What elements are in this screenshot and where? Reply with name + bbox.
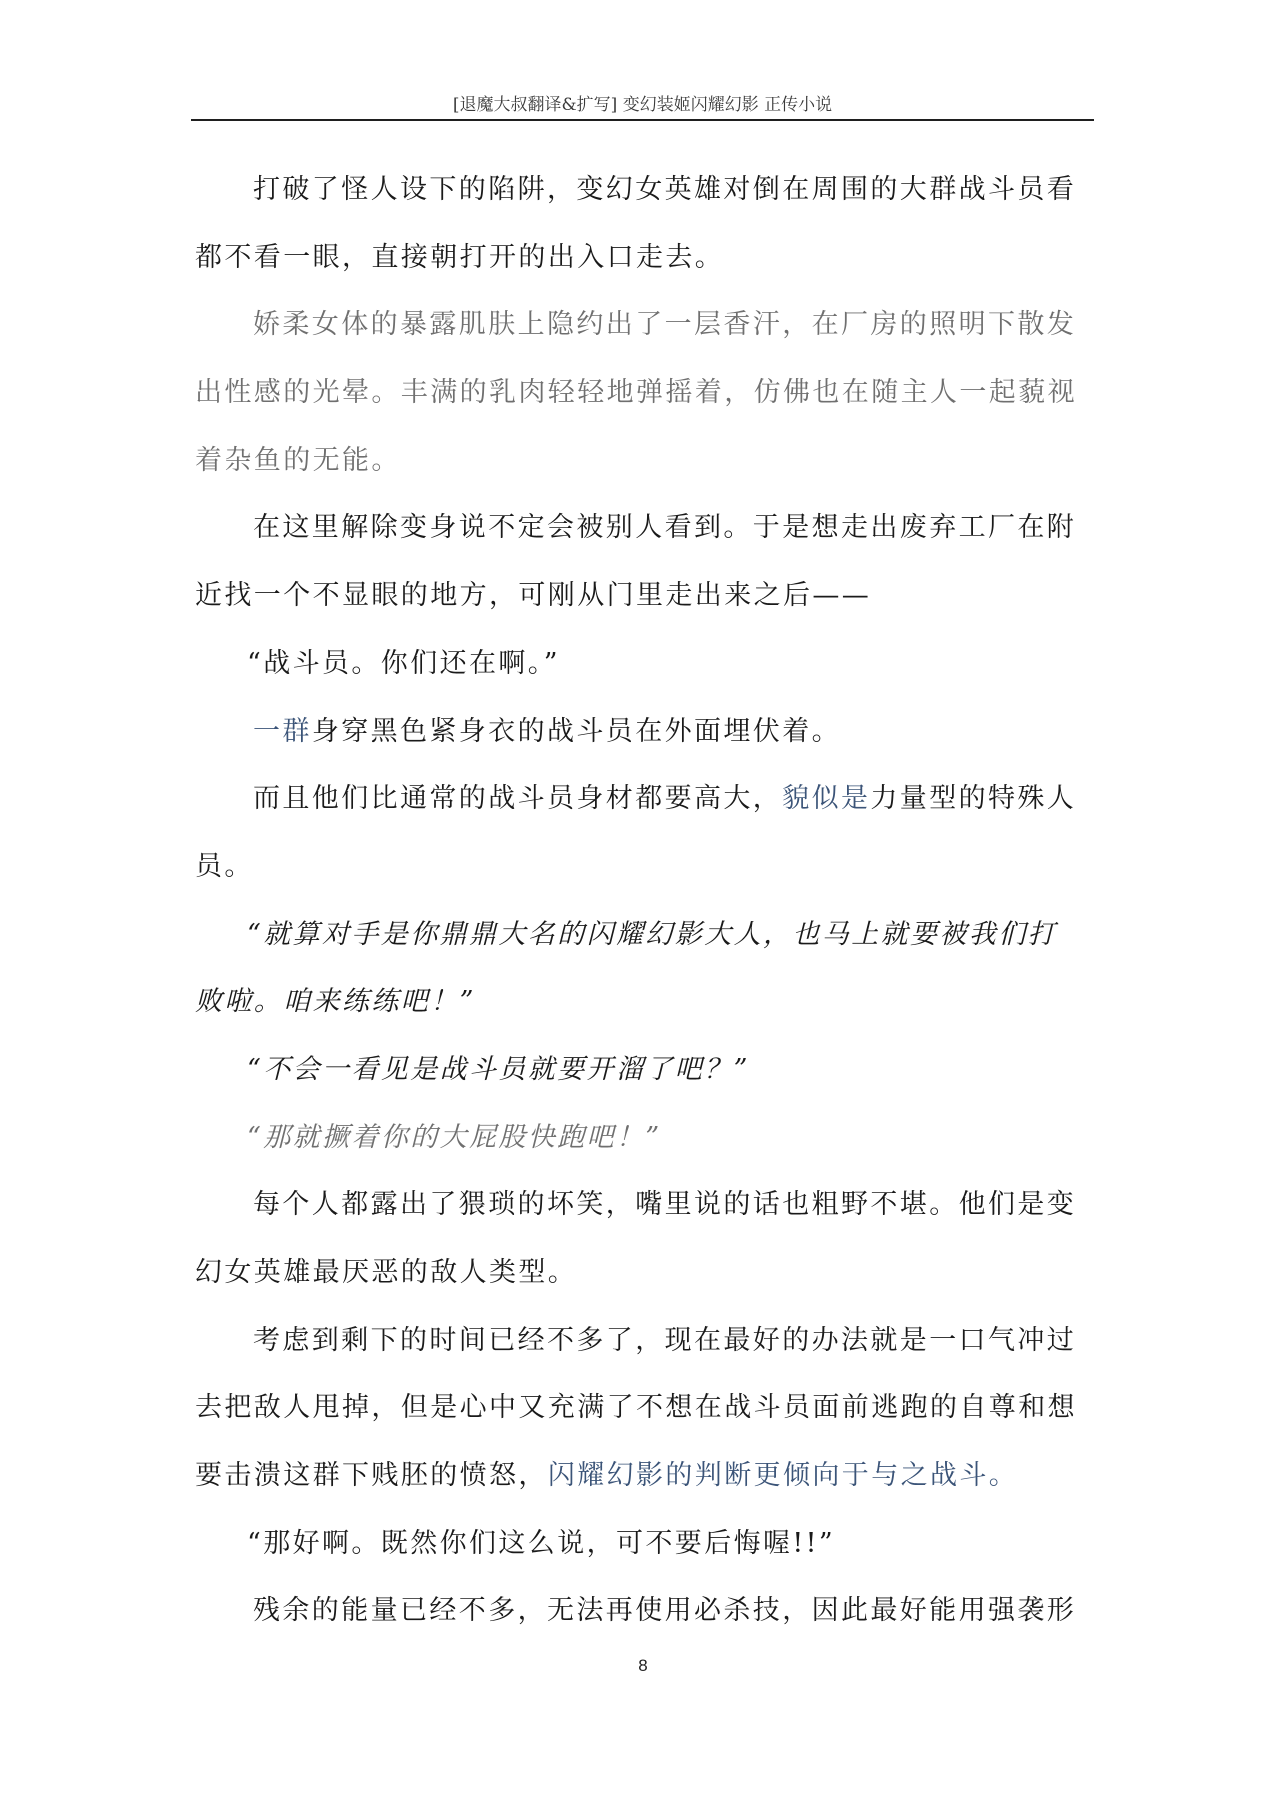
text-segment: “就算对手是你鼎鼎大名的闪耀幻影大人，也马上就要被我们打 bbox=[247, 919, 1057, 950]
text-line: 近找一个不显眼的地方，可刚从门里走出来之后—— bbox=[195, 574, 1100, 642]
text-segment: 力量型的特殊人 bbox=[870, 783, 1076, 814]
text-line: 娇柔女体的暴露肌肤上隐约出了一层香汗，在厂房的照明下散发 bbox=[195, 303, 1100, 371]
paragraph: “那好啊。既然你们这么说，可不要后悔喔!!” bbox=[195, 1522, 1100, 1590]
text-line: 员。 bbox=[195, 845, 1100, 913]
text-line: “战斗员。你们还在啊。” bbox=[195, 642, 1100, 710]
paragraph: 在这里解除变身说不定会被别人看到。于是想走出废弃工厂在附近找一个不显眼的地方，可… bbox=[195, 506, 1100, 641]
paragraph: “就算对手是你鼎鼎大名的闪耀幻影大人，也马上就要被我们打败啦。咱来练练吧！” bbox=[195, 913, 1100, 1048]
text-line: 要击溃这群下贱胚的愤怒，闪耀幻影的判断更倾向于与之战斗。 bbox=[195, 1454, 1100, 1522]
text-line: 着杂鱼的无能。 bbox=[195, 439, 1100, 507]
paragraph: “战斗员。你们还在啊。” bbox=[195, 642, 1100, 710]
text-line: “那好啊。既然你们这么说，可不要后悔喔!!” bbox=[195, 1522, 1100, 1590]
text-line: “那就撅着你的大屁股快跑吧！” bbox=[195, 1116, 1100, 1184]
text-segment: 一群 bbox=[253, 716, 312, 747]
paragraph: 而且他们比通常的战斗员身材都要高大，貌似是力量型的特殊人员。 bbox=[195, 777, 1100, 912]
text-line: 残余的能量已经不多，无法再使用必杀技，因此最好能用强袭形 bbox=[195, 1589, 1100, 1657]
text-segment: 去把敌人甩掉，但是心中又充满了不想在战斗员面前逃跑的自尊和想 bbox=[195, 1392, 1077, 1423]
text-segment: 出性感的光晕。丰满的乳肉轻轻地弹摇着，仿佛也在随主人一起藐视 bbox=[195, 377, 1077, 408]
text-line: 去把敌人甩掉，但是心中又充满了不想在战斗员面前逃跑的自尊和想 bbox=[195, 1386, 1100, 1454]
text-segment: 残余的能量已经不多，无法再使用必杀技，因此最好能用强袭形 bbox=[253, 1595, 1076, 1626]
text-line: 考虑到剩下的时间已经不多了，现在最好的办法就是一口气冲过 bbox=[195, 1319, 1100, 1387]
page-header-title: [退魔大叔翻译&扩写] 变幻装姬闪耀幻影 正传小说 bbox=[191, 92, 1094, 120]
text-segment: 每个人都露出了猥琐的坏笑，嘴里说的话也粗野不堪。他们是变 bbox=[253, 1189, 1076, 1220]
text-segment: 打破了怪人设下的陷阱，变幻女英雄对倒在周围的大群战斗员看 bbox=[253, 174, 1076, 205]
text-segment: “战斗员。你们还在啊。” bbox=[247, 648, 560, 679]
text-segment: 员。 bbox=[195, 851, 254, 882]
text-segment: 都不看一眼，直接朝打开的出入口走去。 bbox=[195, 242, 724, 273]
text-segment: “那好啊。既然你们这么说，可不要后悔喔!!” bbox=[247, 1528, 835, 1559]
text-segment: 在这里解除变身说不定会被别人看到。于是想走出废弃工厂在附 bbox=[253, 512, 1076, 543]
text-segment: 考虑到剩下的时间已经不多了，现在最好的办法就是一口气冲过 bbox=[253, 1325, 1076, 1356]
text-line: 都不看一眼，直接朝打开的出入口走去。 bbox=[195, 236, 1100, 304]
page-number: 8 bbox=[620, 1656, 666, 1676]
text-segment: 幻女英雄最厌恶的敌人类型。 bbox=[195, 1257, 577, 1288]
text-line: 幻女英雄最厌恶的敌人类型。 bbox=[195, 1251, 1100, 1319]
text-line: 在这里解除变身说不定会被别人看到。于是想走出废弃工厂在附 bbox=[195, 506, 1100, 574]
text-line: 打破了怪人设下的陷阱，变幻女英雄对倒在周围的大群战斗员看 bbox=[195, 168, 1100, 236]
text-segment: 身穿黑色紧身衣的战斗员在外面埋伏着。 bbox=[312, 716, 841, 747]
text-line: “就算对手是你鼎鼎大名的闪耀幻影大人，也马上就要被我们打 bbox=[195, 913, 1100, 981]
paragraph: 每个人都露出了猥琐的坏笑，嘴里说的话也粗野不堪。他们是变幻女英雄最厌恶的敌人类型… bbox=[195, 1183, 1100, 1318]
paragraph: 考虑到剩下的时间已经不多了，现在最好的办法就是一口气冲过去把敌人甩掉，但是心中又… bbox=[195, 1319, 1100, 1522]
text-segment: 着杂鱼的无能。 bbox=[195, 445, 401, 476]
text-line: 一群身穿黑色紧身衣的战斗员在外面埋伏着。 bbox=[195, 710, 1100, 778]
header-divider bbox=[191, 119, 1094, 121]
paragraph: “那就撅着你的大屁股快跑吧！” bbox=[195, 1116, 1100, 1184]
text-segment: “那就撅着你的大屁股快跑吧！” bbox=[247, 1122, 662, 1153]
text-line: “不会一看见是战斗员就要开溜了吧？” bbox=[195, 1048, 1100, 1116]
paragraph: 残余的能量已经不多，无法再使用必杀技，因此最好能用强袭形 bbox=[195, 1589, 1100, 1657]
paragraph: 一群身穿黑色紧身衣的战斗员在外面埋伏着。 bbox=[195, 710, 1100, 778]
text-line: 而且他们比通常的战斗员身材都要高大，貌似是力量型的特殊人 bbox=[195, 777, 1100, 845]
text-line: 败啦。咱来练练吧！” bbox=[195, 980, 1100, 1048]
text-segment: 近找一个不显眼的地方，可刚从门里走出来之后—— bbox=[195, 580, 871, 611]
text-segment: “不会一看见是战斗员就要开溜了吧？” bbox=[247, 1054, 750, 1085]
text-line: 出性感的光晕。丰满的乳肉轻轻地弹摇着，仿佛也在随主人一起藐视 bbox=[195, 371, 1100, 439]
document-body: 打破了怪人设下的陷阱，变幻女英雄对倒在周围的大群战斗员看都不看一眼，直接朝打开的… bbox=[195, 168, 1100, 1657]
paragraph: “不会一看见是战斗员就要开溜了吧？” bbox=[195, 1048, 1100, 1116]
text-segment: 闪耀幻影的判断更倾向于与之战斗。 bbox=[548, 1460, 1018, 1491]
text-segment: 败啦。咱来练练吧！” bbox=[195, 986, 476, 1017]
text-segment: 要击溃这群下贱胚的愤怒， bbox=[195, 1460, 548, 1491]
paragraph: 打破了怪人设下的陷阱，变幻女英雄对倒在周围的大群战斗员看都不看一眼，直接朝打开的… bbox=[195, 168, 1100, 303]
text-line: 每个人都露出了猥琐的坏笑，嘴里说的话也粗野不堪。他们是变 bbox=[195, 1183, 1100, 1251]
text-segment: 娇柔女体的暴露肌肤上隐约出了一层香汗，在厂房的照明下散发 bbox=[253, 309, 1076, 340]
text-segment: 貌似是 bbox=[782, 783, 870, 814]
paragraph: 娇柔女体的暴露肌肤上隐约出了一层香汗，在厂房的照明下散发出性感的光晕。丰满的乳肉… bbox=[195, 303, 1100, 506]
text-segment: 而且他们比通常的战斗员身材都要高大， bbox=[253, 783, 782, 814]
